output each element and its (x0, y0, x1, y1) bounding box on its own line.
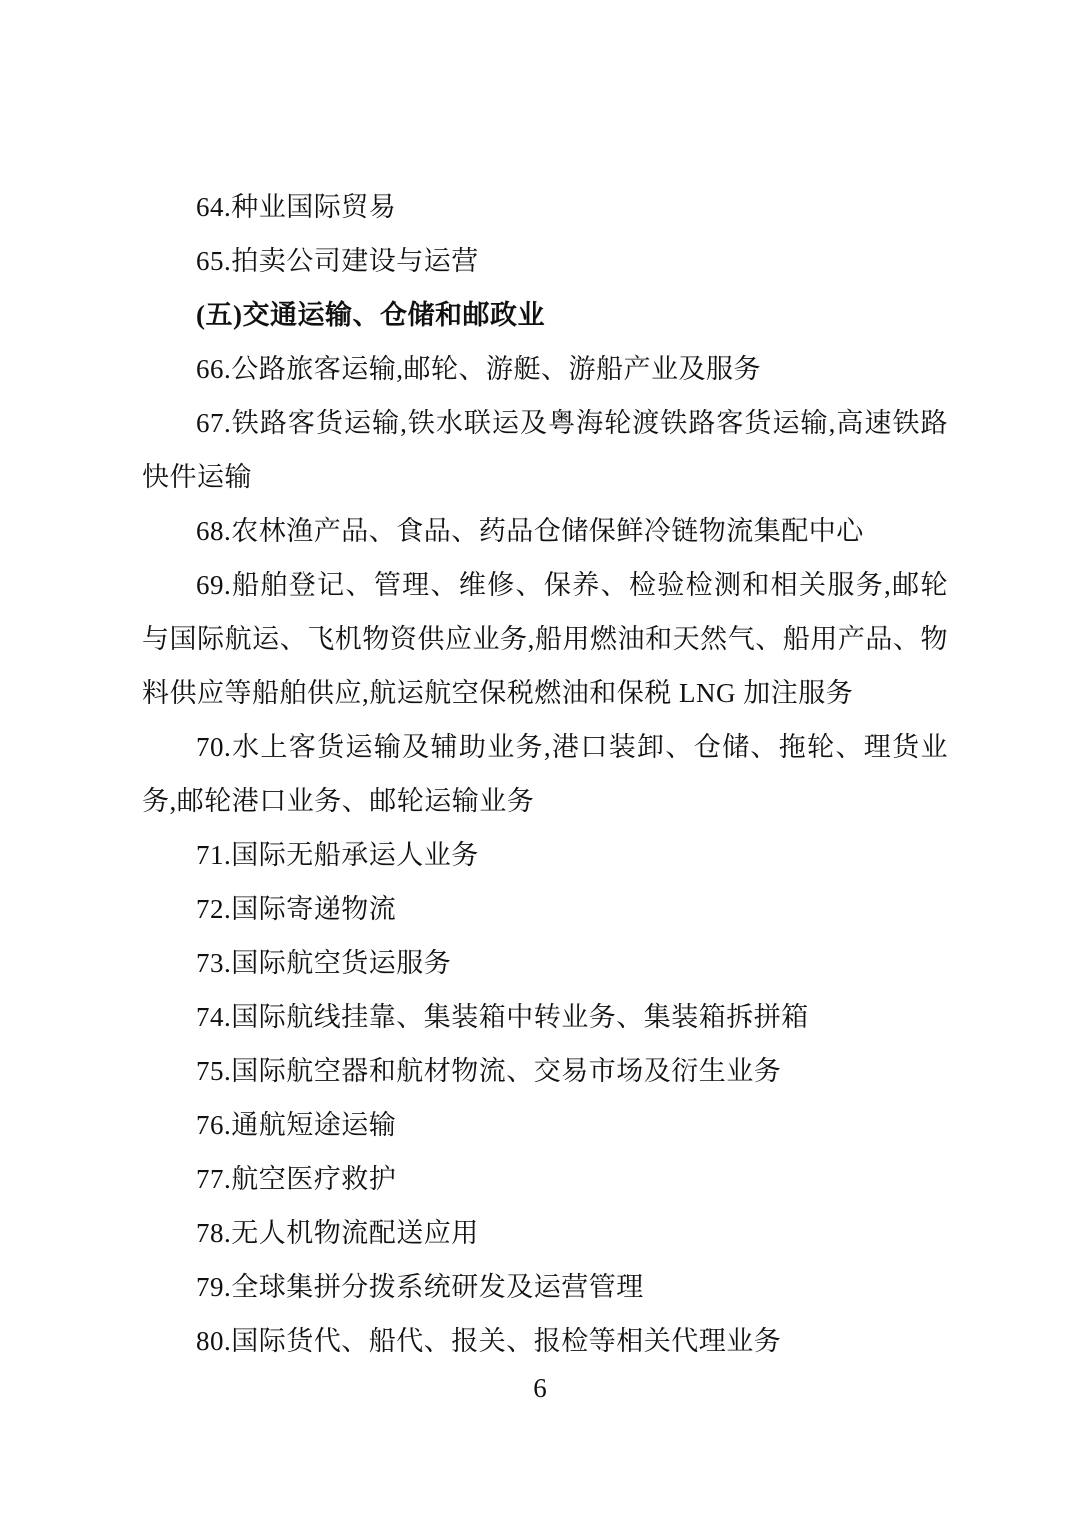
list-item-67: 67.铁路客货运输,铁水联运及粤海轮渡铁路客货运输,高速铁路快件运输 (142, 396, 948, 504)
list-item-77: 77.航空医疗救护 (142, 1152, 948, 1206)
list-item-72: 72.国际寄递物流 (142, 882, 948, 936)
item-text: 船舶登记、管理、维修、保养、检验检测和相关服务,邮轮与国际航运、飞机物资供应业务… (142, 570, 948, 708)
list-item-78: 78.无人机物流配送应用 (142, 1206, 948, 1260)
document-body: 64.种业国际贸易 65.拍卖公司建设与运营 (五)交通运输、仓储和邮政业 66… (142, 180, 948, 1368)
item-text: 国际航线挂靠、集装箱中转业务、集装箱拆拼箱 (231, 1002, 809, 1032)
item-number: 67. (196, 408, 231, 438)
item-text: 航空医疗救护 (231, 1164, 396, 1194)
list-item-75: 75.国际航空器和航材物流、交易市场及衍生业务 (142, 1044, 948, 1098)
item-number: 74. (196, 1002, 231, 1032)
heading-number: (五) (196, 300, 242, 330)
list-item-76: 76.通航短途运输 (142, 1098, 948, 1152)
item-number: 78. (196, 1218, 231, 1248)
list-item-79: 79.全球集拼分拨系统研发及运营管理 (142, 1260, 948, 1314)
item-number: 69. (196, 570, 231, 600)
list-item-66: 66.公路旅客运输,邮轮、游艇、游船产业及服务 (142, 342, 948, 396)
item-text: 铁路客货运输,铁水联运及粤海轮渡铁路客货运输,高速铁路快件运输 (142, 408, 948, 492)
item-number: 71. (196, 840, 231, 870)
item-number: 66. (196, 354, 231, 384)
list-item-71: 71.国际无船承运人业务 (142, 828, 948, 882)
item-number: 68. (196, 516, 231, 546)
item-number: 76. (196, 1110, 231, 1140)
item-text: 国际货代、船代、报关、报检等相关代理业务 (231, 1326, 781, 1356)
section-heading: (五)交通运输、仓储和邮政业 (142, 288, 948, 342)
item-text: 国际航空货运服务 (231, 948, 451, 978)
list-item-68: 68.农林渔产品、食品、药品仓储保鲜冷链物流集配中心 (142, 504, 948, 558)
item-text: 国际无船承运人业务 (231, 840, 479, 870)
item-number: 77. (196, 1164, 231, 1194)
item-number: 64. (196, 192, 231, 222)
item-text: 全球集拼分拨系统研发及运营管理 (231, 1272, 644, 1302)
item-text: 无人机物流配送应用 (231, 1218, 479, 1248)
item-number: 79. (196, 1272, 231, 1302)
page-number: 6 (533, 1373, 547, 1403)
item-text: 种业国际贸易 (231, 192, 396, 222)
page-footer: 6 (0, 1361, 1080, 1415)
list-item-80: 80.国际货代、船代、报关、报检等相关代理业务 (142, 1314, 948, 1368)
item-number: 80. (196, 1326, 231, 1356)
item-text: 拍卖公司建设与运营 (231, 246, 479, 276)
item-number: 65. (196, 246, 231, 276)
item-text: 国际航空器和航材物流、交易市场及衍生业务 (231, 1056, 781, 1086)
item-text: 水上客货运输及辅助业务,港口装卸、仓储、拖轮、理货业务,邮轮港口业务、邮轮运输业… (142, 732, 948, 816)
list-item-65: 65.拍卖公司建设与运营 (142, 234, 948, 288)
item-number: 72. (196, 894, 231, 924)
item-number: 75. (196, 1056, 231, 1086)
item-text: 农林渔产品、食品、药品仓储保鲜冷链物流集配中心 (231, 516, 864, 546)
item-text: 国际寄递物流 (231, 894, 396, 924)
item-number: 70. (196, 732, 231, 762)
item-number: 73. (196, 948, 231, 978)
list-item-70: 70.水上客货运输及辅助业务,港口装卸、仓储、拖轮、理货业务,邮轮港口业务、邮轮… (142, 720, 948, 828)
list-item-69: 69.船舶登记、管理、维修、保养、检验检测和相关服务,邮轮与国际航运、飞机物资供… (142, 558, 948, 720)
list-item-74: 74.国际航线挂靠、集装箱中转业务、集装箱拆拼箱 (142, 990, 948, 1044)
item-text: 公路旅客运输,邮轮、游艇、游船产业及服务 (231, 354, 761, 384)
list-item-73: 73.国际航空货运服务 (142, 936, 948, 990)
heading-text: 交通运输、仓储和邮政业 (242, 300, 545, 330)
item-text: 通航短途运输 (231, 1110, 396, 1140)
document-page: 64.种业国际贸易 65.拍卖公司建设与运营 (五)交通运输、仓储和邮政业 66… (0, 0, 1080, 1527)
list-item-64: 64.种业国际贸易 (142, 180, 948, 234)
